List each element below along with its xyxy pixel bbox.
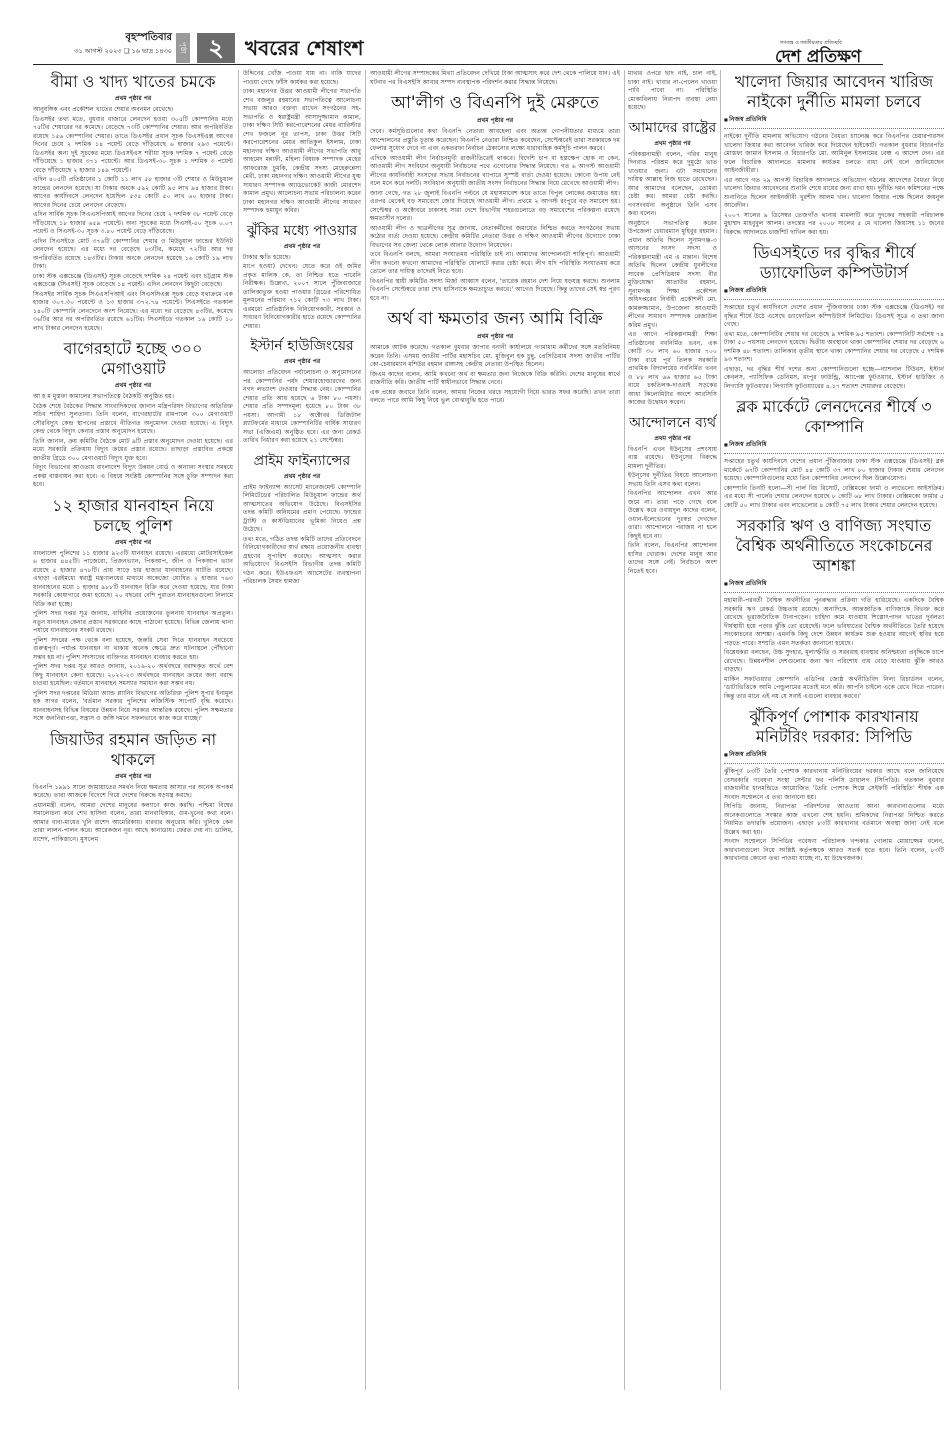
paragraph: সপ্তাহের চতুর্থ কার্যদিবসে দেশের প্রধান … — [724, 458, 944, 484]
paragraph: ঢাকা স্টক এক্সচেঞ্জে (ডিএসই) সূচক বেড়েছ… — [33, 273, 233, 290]
article-sold-for-power[interactable]: অর্থ বা ক্ষমতার জন্য আমি বিক্রি প্রথম পৃ… — [370, 309, 620, 406]
paragraph: ঢাকা মহানগর উত্তর আওয়ামী লীগের সভাপতি শ… — [243, 88, 361, 216]
byline: নিজস্ব প্রতিনিধি — [724, 439, 944, 450]
paragraph: পুলিশ সদর দপ্তর সূত্র আরও জানায়, ২০১৯-২… — [33, 663, 233, 689]
dotted-divider — [724, 453, 944, 454]
paragraph: আমাকে আটক করেছে। গতকাল বুধবার জাপার বনান… — [370, 344, 620, 370]
continued-from-label: প্রথম পৃষ্ঠার পর — [628, 433, 717, 444]
headline: আন্দোলনে ব্যর্থ — [628, 414, 717, 432]
continued-from-label: প্রথম পৃষ্ঠার পর — [33, 537, 233, 548]
dotted-divider — [724, 128, 944, 129]
article-eastern-housing[interactable]: ইস্টার্ন হাউজিংয়ের প্রথম পৃষ্ঠার পর আলো… — [243, 337, 361, 446]
headline: ঝুঁকিপূর্ণ পোশাক কারখানায় মনিটরিং দরকার… — [724, 707, 944, 747]
byline: নিজস্ব প্রতিনিধি — [724, 114, 944, 125]
paragraph: আ হ ম মুস্তফা কামালের সভাপতিত্বে বৈঠকটি … — [33, 393, 233, 402]
article-body: দেবে। কর্মসূচিগুলোর কথা বিএনপি নেতারা আব… — [370, 128, 620, 303]
article-body: টাকার ক্ষতি হয়েছে। মাপে হওয়া) দেখেন। য… — [243, 254, 361, 332]
paragraph: আনুষঙ্গিক এবং প্রকৌশল খাতের শেয়ার অবনমন… — [33, 106, 233, 115]
paragraph: পুলিশ সদর দপ্তর সূত্র জানায়, বাহিনীর প্… — [33, 610, 233, 636]
column-1: বীমা ও খাদ্য খাতের চমকে প্রথম পৃষ্ঠার পর… — [33, 66, 233, 1396]
article-body: ঝুঁকিপূর্ণ ৮৩টি তৈরি পোশাক কারখানায় মনি… — [724, 768, 944, 864]
article-lead-continuation: আওয়ামী লীগের সম্পাদকের মিথ্যা প্রতিবেদন… — [370, 70, 620, 87]
paragraph: দেবে। কর্মসূচিগুলোর কথা বিএনপি নেতারা আব… — [370, 128, 620, 154]
article-body: আলোচ্য প্রতিবেদন পর্যালোচনা ও অনুমোদনের … — [243, 369, 361, 446]
column-divider — [365, 70, 366, 1390]
headline: বাগেরহাটে হচ্ছে ৩০০ মেগাওয়াট — [33, 339, 233, 379]
paragraph: আওয়ামী লীগ ও ছাত্রলীগের সূত্র জানায়, ন… — [370, 225, 620, 251]
paragraph: বাংলাদেশ পুলিশের ১১ হাজার ৯২৩টি যানবাহন … — [33, 550, 233, 610]
continued-from-label: প্রথম পৃষ্ঠার পর — [33, 771, 233, 782]
continued-from-label: প্রথম পৃষ্ঠার পর — [33, 380, 233, 391]
column-2: উদ্দিনের খোঁজ পাওয়া যায় না। বাকি যাদের… — [243, 66, 361, 1396]
paragraph: এদিন সিএসইতে মোট ৩৭৬টি কোম্পানির শেয়ার … — [33, 238, 233, 272]
paragraph: আলোচ্য প্রতিবেদন পর্যালোচনা ও অনুমোদনের … — [243, 369, 361, 446]
paragraph: এছাড়া, দর বৃদ্ধির শীর্ষ দশের অন্য কোম্প… — [724, 366, 944, 392]
paragraph: এদিন ৪০৫টি প্রতিষ্ঠানের ১ কোটি ১১ লাখ ৫৮… — [33, 176, 233, 210]
article-body: সপ্তাহের চতুর্থ কার্যদিবসে দেশের প্রধান … — [724, 458, 944, 510]
byline: নিজস্ব প্রতিনিধি — [724, 749, 944, 760]
paragraph: মহামারী-পরবর্তী বৈশ্বিক অর্থনীতির পুনরুদ… — [724, 597, 944, 648]
paragraph: অনুষ্ঠানে সভাপতিত্ব করেন উপজেলা চেয়ারম্… — [628, 220, 717, 331]
headline: ইস্টার্ন হাউজিংয়ের — [243, 337, 361, 355]
masthead-date: ৩১ আগস্ট ২০২৩ ❑ ১৬ ভাদ্র ১৪৩০ — [52, 46, 172, 57]
article-insurance-food[interactable]: বীমা ও খাদ্য খাতের চমকে প্রথম পৃষ্ঠার পর… — [33, 72, 233, 333]
paragraph: ঝুঁকিপূর্ণ ৮৩টি তৈরি পোশাক কারখানায় মনি… — [724, 768, 944, 802]
article-body: বিএনপি ১৯৯১ সালে জামায়াতের সমর্থন নিয়ে… — [33, 784, 233, 845]
paragraph: এক প্রশ্নের জবাবে তিনি বলেন, আমার নিজের … — [370, 389, 620, 406]
paragraph: বিএনপি এখন ইউনূসের প্রশংসায় ব্যস্ত রয়ে… — [628, 446, 717, 472]
paragraph: কোম্পানি তিনটি হলো—সী পার্ল বিচ রিসোর্ট,… — [724, 485, 944, 511]
section-title: খবরের শেষাংশ — [245, 34, 364, 67]
column-divider — [624, 70, 625, 1390]
article-ours-the-state[interactable]: আমাদের রাষ্ট্রের প্রথম পৃষ্ঠার পর পরিকল্… — [628, 119, 717, 408]
column-4: মাথার ওপরে ছাদ নাই, চাল নাই, চাকা নাই। খ… — [628, 66, 717, 1396]
dotted-divider — [724, 763, 944, 764]
headline: আ'লীগ ও বিএনপি দুই মেরুতে — [370, 93, 620, 114]
article-body: বাংলাদেশ পুলিশের ১১ হাজার ৯২৩টি যানবাহন … — [33, 550, 233, 724]
article-block-market[interactable]: ব্লক মার্কেটে লেনদেনের শীর্ষে ৩ কোম্পানি… — [724, 397, 944, 510]
headline: ১২ হাজার যানবাহন নিয়ে চলছে পুলিশ — [33, 496, 233, 536]
paragraph: বৈঠক শেষে বৈঠকের সিদ্ধান্ত সাংবাদিকদের জ… — [33, 403, 233, 437]
paragraph: জানা গেছে, গত ২৮ জুলাই বিএনপি পল্টনে যে … — [370, 190, 620, 224]
paragraph: পুলিশ সদর দপ্তরের মিডিয়া অ্যান্ড প্ল্যা… — [33, 690, 233, 724]
byline: নিজস্ব প্রতিনিধি — [724, 285, 944, 296]
paragraph: বিএনপি ১৯৯১ সালে জামায়াতের সমর্থন নিয়ে… — [33, 784, 233, 801]
dotted-divider — [724, 299, 944, 300]
byline: নিজস্ব প্রতিনিধি — [724, 578, 944, 589]
paragraph: টাকার ক্ষতি হয়েছে। — [243, 254, 361, 263]
article-body-continuation: মাথার ওপরে ছাদ নাই, চাল নাই, চাকা নাই। খ… — [628, 70, 717, 113]
article-prime-finance[interactable]: প্রাইম ফাইন্যান্সের প্রথম পৃষ্ঠার পর প্র… — [243, 452, 361, 587]
paragraph: নাইকো দুর্নীতি মামলায় অভিযোগ গঠনের বৈধত… — [724, 133, 944, 176]
article-body: সপ্তাহের চতুর্থ কার্যদিবসে দেশের প্রধান … — [724, 304, 944, 391]
article-police-vehicles[interactable]: ১২ হাজার যানবাহন নিয়ে চলছে পুলিশ প্রথম … — [33, 496, 233, 724]
continued-from-label: প্রথম পৃষ্ঠার পর — [243, 356, 361, 367]
column-divider — [238, 70, 239, 1390]
article-al-bnp[interactable]: আ'লীগ ও বিএনপি দুই মেরুতে প্রথম পৃষ্ঠার … — [370, 93, 620, 303]
paragraph: এদিকে আওয়ামী লীগ নির্বাচনমুখী রাজনীতিতে… — [370, 155, 620, 189]
page-number: ২ — [197, 33, 235, 63]
headline: বীমা ও খাদ্য খাতের চমকে — [33, 72, 233, 92]
paragraph: বিদ্যুৎ বিভাগের আওতায় বাংলাদেশ বিদ্যুৎ … — [33, 464, 233, 490]
headline: আমাদের রাষ্ট্রের — [628, 119, 717, 137]
headline: সরকারি ঋণ ও বাণিজ্য সংঘাত বৈশ্বিক অর্থনী… — [724, 516, 944, 576]
headline: ব্লক মার্কেটে লেনদেনের শীর্ষে ৩ কোম্পানি — [724, 397, 944, 437]
continued-from-label: প্রথম পৃষ্ঠার পর — [370, 115, 620, 126]
paragraph: ডিএসইর তথ্য মতে, বুধবার বাজারে লেনদেন হও… — [33, 116, 233, 176]
article-body: মহামারী-পরবর্তী বৈশ্বিক অর্থনীতির পুনরুদ… — [724, 597, 944, 701]
page-tag: পৃষ্ঠা — [176, 33, 190, 63]
article-garments[interactable]: ঝুঁকিপূর্ণ পোশাক কারখানায় মনিটরিং দরকার… — [724, 707, 944, 864]
article-zia[interactable]: জিয়াউর রহমান জড়িত না থাকলে প্রথম পৃষ্ঠ… — [33, 730, 233, 845]
paragraph: এর আগে পরিকল্পনামন্ত্রী শিক্ষা প্রতিষ্ঠা… — [628, 331, 717, 408]
paragraph: ২০০৭ সালের ৯ ডিসেম্বর তেজগাঁও থানায় মাম… — [724, 212, 944, 238]
dotted-divider — [724, 592, 944, 593]
article-body: আমাকে আটক করেছে। গতকাল বুধবার জাপার বনান… — [370, 344, 620, 406]
paragraph: তিনি বলেন, বিএনপির আন্দোলন হাসির খোরাক। … — [628, 542, 717, 576]
paragraph: বিশ্লেষকরা বলছেন, উচ্চ সুদহার, মূল্যস্ফী… — [724, 649, 944, 675]
article-body: আনুষঙ্গিক এবং প্রকৌশল খাতের শেয়ার অবনমন… — [33, 106, 233, 333]
article-body: প্রাইম ফাইন্যান্স অ্যাসেট ম্যানেজমেন্ট ক… — [243, 484, 361, 587]
paragraph: তথ্য মতে, কোম্পানিটির শেয়ার দর বেড়েছে … — [724, 331, 944, 365]
article-daffodil[interactable]: ডিএসইতে দর বৃদ্ধির শীর্ষে ড্যাফোডিল কম্প… — [724, 243, 944, 391]
article-govt-debt[interactable]: সরকারি ঋণ ও বাণিজ্য সংঘাত বৈশ্বিক অর্থনী… — [724, 516, 944, 701]
paragraph: তবে বিএনপি বলছে, আমরা সংঘাতময় পরিস্থিতি… — [370, 251, 620, 277]
headline: অর্থ বা ক্ষমতার জন্য আমি বিক্রি — [370, 309, 620, 330]
article-bagerhat[interactable]: বাগেরহাটে হচ্ছে ৩০০ মেগাওয়াট প্রথম পৃষ্… — [33, 339, 233, 490]
article-body-continuation: উদ্দিনের খোঁজ পাওয়া যায় না। বাকি যাদের… — [243, 70, 361, 216]
headline: জিয়াউর রহমান জড়িত না থাকলে — [33, 730, 233, 770]
masthead: বৃহস্পতিবার ৩১ আগস্ট ২০২৩ ❑ ১৬ ভাদ্র ১৪৩… — [0, 0, 945, 62]
article-body: বিএনপি এখন ইউনূসের প্রশংসায় ব্যস্ত রয়ে… — [628, 446, 717, 577]
column-5: খালেদা জিয়ার আবেদন খারিজ নাইকো দুর্নীতি… — [724, 66, 944, 1396]
paragraph: মাথার ওপরে ছাদ নাই, চাল নাই, চাকা নাই। খ… — [628, 70, 717, 113]
continued-from-label: প্রথম পৃষ্ঠার পর — [33, 93, 233, 104]
article-body: পরিকল্পনামন্ত্রী বলেন, গরিব মানুষ দিনরাত… — [628, 151, 717, 408]
paragraph: উদ্দিনের খোঁজ পাওয়া যায় না। বাকি যাদের… — [243, 70, 361, 87]
column-3: আওয়ামী লীগের সম্পাদকের মিথ্যা প্রতিবেদন… — [370, 66, 620, 1396]
paragraph: সিএসইর সার্বিক সূচক সিএএসপিআই এবং সিএসসি… — [33, 291, 233, 334]
continued-from-label: প্রথম পৃষ্ঠার পর — [243, 241, 361, 252]
continued-from-label: প্রথম পৃষ্ঠার পর — [243, 471, 361, 482]
paragraph: তিনি জানান, ক্রয় কমিটির বৈঠকে মোট ৯টি প… — [33, 438, 233, 464]
paragraph: প্রধানমন্ত্রী বলেন, আমরা দেশের মানুষের ক… — [33, 802, 233, 845]
paragraph: বিএনপির আন্দোলন এখন আর জমে না। তারা পড়ে… — [628, 490, 717, 541]
masthead-day: বৃহস্পতিবার — [110, 30, 172, 47]
paragraph: সংবাদ সম্মেলনে সিপিডির গবেষণা পরিচালক খন… — [724, 838, 944, 864]
paragraph: সপ্তাহের চতুর্থ কার্যদিবসে দেশের প্রধান … — [724, 304, 944, 330]
paragraph: জিএম কাদের বলেন, আমি কখনো অর্থ বা ক্ষমতা… — [370, 371, 620, 388]
paragraph: বিএনপির স্থায়ী কমিটির সদস্য মির্জা আব্ব… — [370, 278, 620, 304]
masthead-rule — [33, 64, 883, 65]
headline: খালেদা জিয়ার আবেদন খারিজ নাইকো দুর্নীতি… — [724, 72, 944, 112]
article-risk-power[interactable]: ঝুঁকির মধ্যে পাওয়ার প্রথম পৃষ্ঠার পর টা… — [243, 222, 361, 332]
paragraph: মার্কিন সফটওয়্যার কোম্পানি এডিপির জ্যেষ… — [724, 676, 944, 702]
article-khaleda[interactable]: খালেদা জিয়ার আবেদন খারিজ নাইকো দুর্নীতি… — [724, 72, 944, 237]
article-movement-fail[interactable]: আন্দোলনে ব্যর্থ প্রথম পৃষ্ঠার পর বিএনপি … — [628, 414, 717, 577]
headline: ঝুঁকির মধ্যে পাওয়ার — [243, 222, 361, 240]
column-divider — [720, 70, 721, 1390]
headline: ডিএসইতে দর বৃদ্ধির শীর্ষে ড্যাফোডিল কম্প… — [724, 243, 944, 283]
article-body: আ হ ম মুস্তফা কামালের সভাপতিত্বে বৈঠকটি … — [33, 393, 233, 490]
paragraph: পুলিশ সদরের পক্ষ থেকে বলা হয়েছে, জরুরি … — [33, 637, 233, 663]
article-body: নাইকো দুর্নীতি মামলায় অভিযোগ গঠনের বৈধত… — [724, 133, 944, 237]
paragraph: তথ্য মতে, গঠিত তদন্ত কমিটি তাদের প্রতিবে… — [243, 536, 361, 587]
paragraph: সিপিডি জানায়, নিরাপত্তা পরিদর্শনের আওতা… — [724, 803, 944, 837]
paragraph: ইউনূসের দুর্নীতির বিষয়ে আলোচনা সভায় তি… — [628, 472, 717, 489]
paragraph: এদিন সার্বিক সূচক সিএএসপিআই আগের দিনের চ… — [33, 211, 233, 237]
paragraph: এর আগে গত ২৯ আগস্ট বিচারিক আদালতে অভিযোগ… — [724, 177, 944, 211]
paragraph: প্রাইম ফাইন্যান্স অ্যাসেট ম্যানেজমেন্ট ক… — [243, 484, 361, 535]
paragraph: মাপে হওয়া) দেখেন। যেতে করে ওই জমির প্রক… — [243, 263, 361, 331]
continued-from-label: প্রথম পৃষ্ঠার পর — [628, 138, 717, 149]
headline: প্রাইম ফাইন্যান্সের — [243, 452, 361, 470]
continued-from-label: প্রথম পৃষ্ঠার পর — [370, 331, 620, 342]
paragraph: পরিকল্পনামন্ত্রী বলেন, গরিব মানুষ দিনরাত… — [628, 151, 717, 219]
